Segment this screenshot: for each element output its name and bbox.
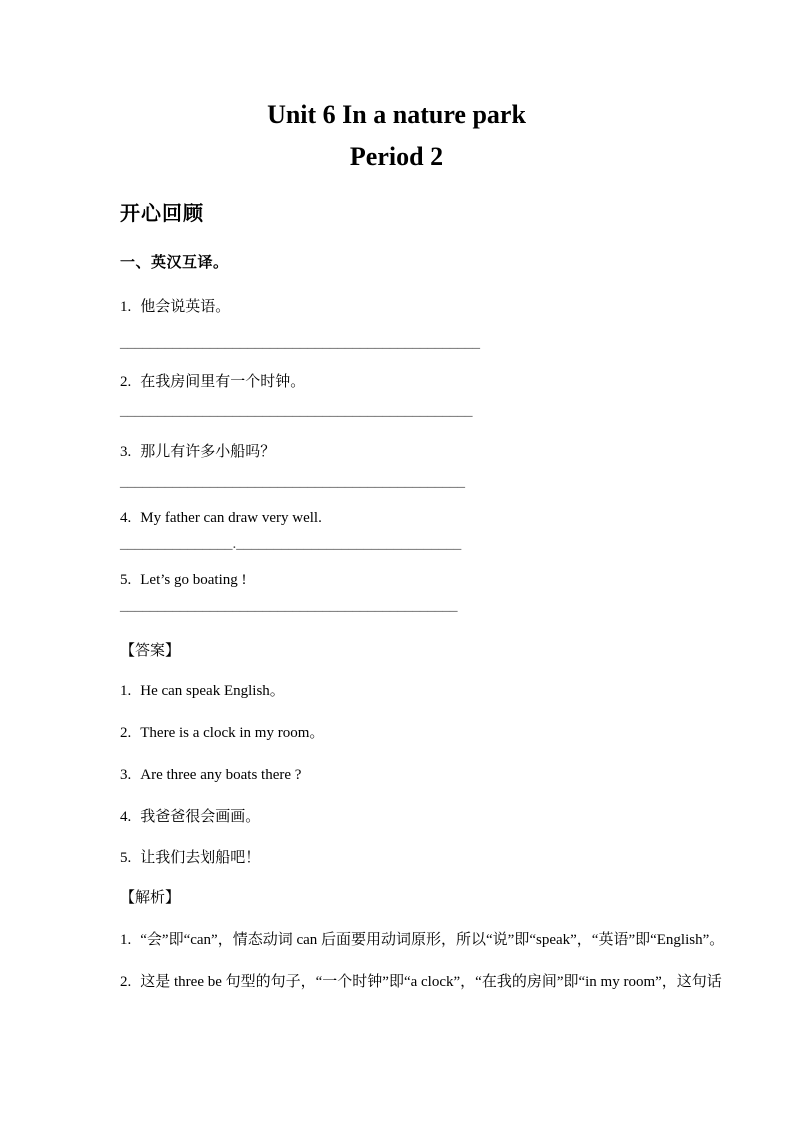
analysis-item: 2.这是 three be 句型的句子，“一个时钟”即“a clock”，“在我… <box>120 972 680 992</box>
analysis-text: 这是 three be 句型的句子，“一个时钟”即“a clock”，“在我的房… <box>140 974 722 990</box>
question-text: 他会说英语。 <box>140 299 230 315</box>
worksheet-page: Unit 6 In a nature park Period 2 开心回顾 一、… <box>0 0 793 1122</box>
section-heading: 开心回顾 <box>120 201 680 227</box>
analysis-number: 2. <box>120 972 131 992</box>
question-number: 3. <box>120 442 131 462</box>
analysis-text: “会”即“can”，情态动词 can 后面要用动词原形，所以“说”即“speak… <box>140 932 724 948</box>
answer-text: 让我们去划船吧！ <box>140 850 260 866</box>
question-number: 2. <box>120 372 131 392</box>
answer-item: 2.There is a clock in my room。 <box>120 723 680 743</box>
answer-item: 3.Are three any boats there ? <box>120 765 680 785</box>
question-text: 在我房间里有一个时钟。 <box>140 374 305 390</box>
question-item: 3.那儿有许多小船吗？ <box>120 442 680 462</box>
answer-blank-line: ________________________________________… <box>120 401 680 421</box>
question-number: 4. <box>120 508 131 528</box>
answer-blank-line: _______________.________________________… <box>120 534 680 554</box>
answer-number: 4. <box>120 807 131 827</box>
answer-number: 5. <box>120 848 131 868</box>
question-text: My father can draw very well. <box>140 510 322 526</box>
doc-title: Unit 6 In a nature park <box>0 99 793 131</box>
question-number: 5. <box>120 570 131 590</box>
answers-heading: 【答案】 <box>120 641 680 661</box>
answer-item: 1.He can speak English。 <box>120 681 680 701</box>
answer-blank-line: ________________________________________… <box>120 596 680 616</box>
answer-number: 3. <box>120 765 131 785</box>
question-text: 那儿有许多小船吗？ <box>140 444 275 460</box>
exercise-heading: 一、英汉互译。 <box>120 253 680 273</box>
answer-blank-line: ________________________________________… <box>120 472 680 492</box>
question-number: 1. <box>120 297 131 317</box>
answer-blank-line: ________________________________________… <box>120 333 680 353</box>
question-text: Let’s go boating ! <box>140 572 246 588</box>
doc-subtitle: Period 2 <box>0 141 793 173</box>
question-item: 5.Let’s go boating ! <box>120 570 680 590</box>
answer-text: 我爸爸很会画画。 <box>140 809 260 825</box>
answer-text: He can speak English。 <box>140 683 285 699</box>
answer-number: 1. <box>120 681 131 701</box>
analysis-heading: 【解析】 <box>120 888 680 908</box>
analysis-number: 1. <box>120 930 131 950</box>
question-item: 1.他会说英语。 <box>120 297 680 317</box>
answer-item: 4.我爸爸很会画画。 <box>120 807 680 827</box>
answer-text: There is a clock in my room。 <box>140 725 324 741</box>
answer-number: 2. <box>120 723 131 743</box>
answer-item: 5.让我们去划船吧！ <box>120 848 680 868</box>
question-item: 2.在我房间里有一个时钟。 <box>120 372 680 392</box>
analysis-item: 1.“会”即“can”，情态动词 can 后面要用动词原形，所以“说”即“spe… <box>120 930 680 950</box>
question-item: 4.My father can draw very well. <box>120 508 680 528</box>
answer-text: Are three any boats there ? <box>140 767 301 783</box>
